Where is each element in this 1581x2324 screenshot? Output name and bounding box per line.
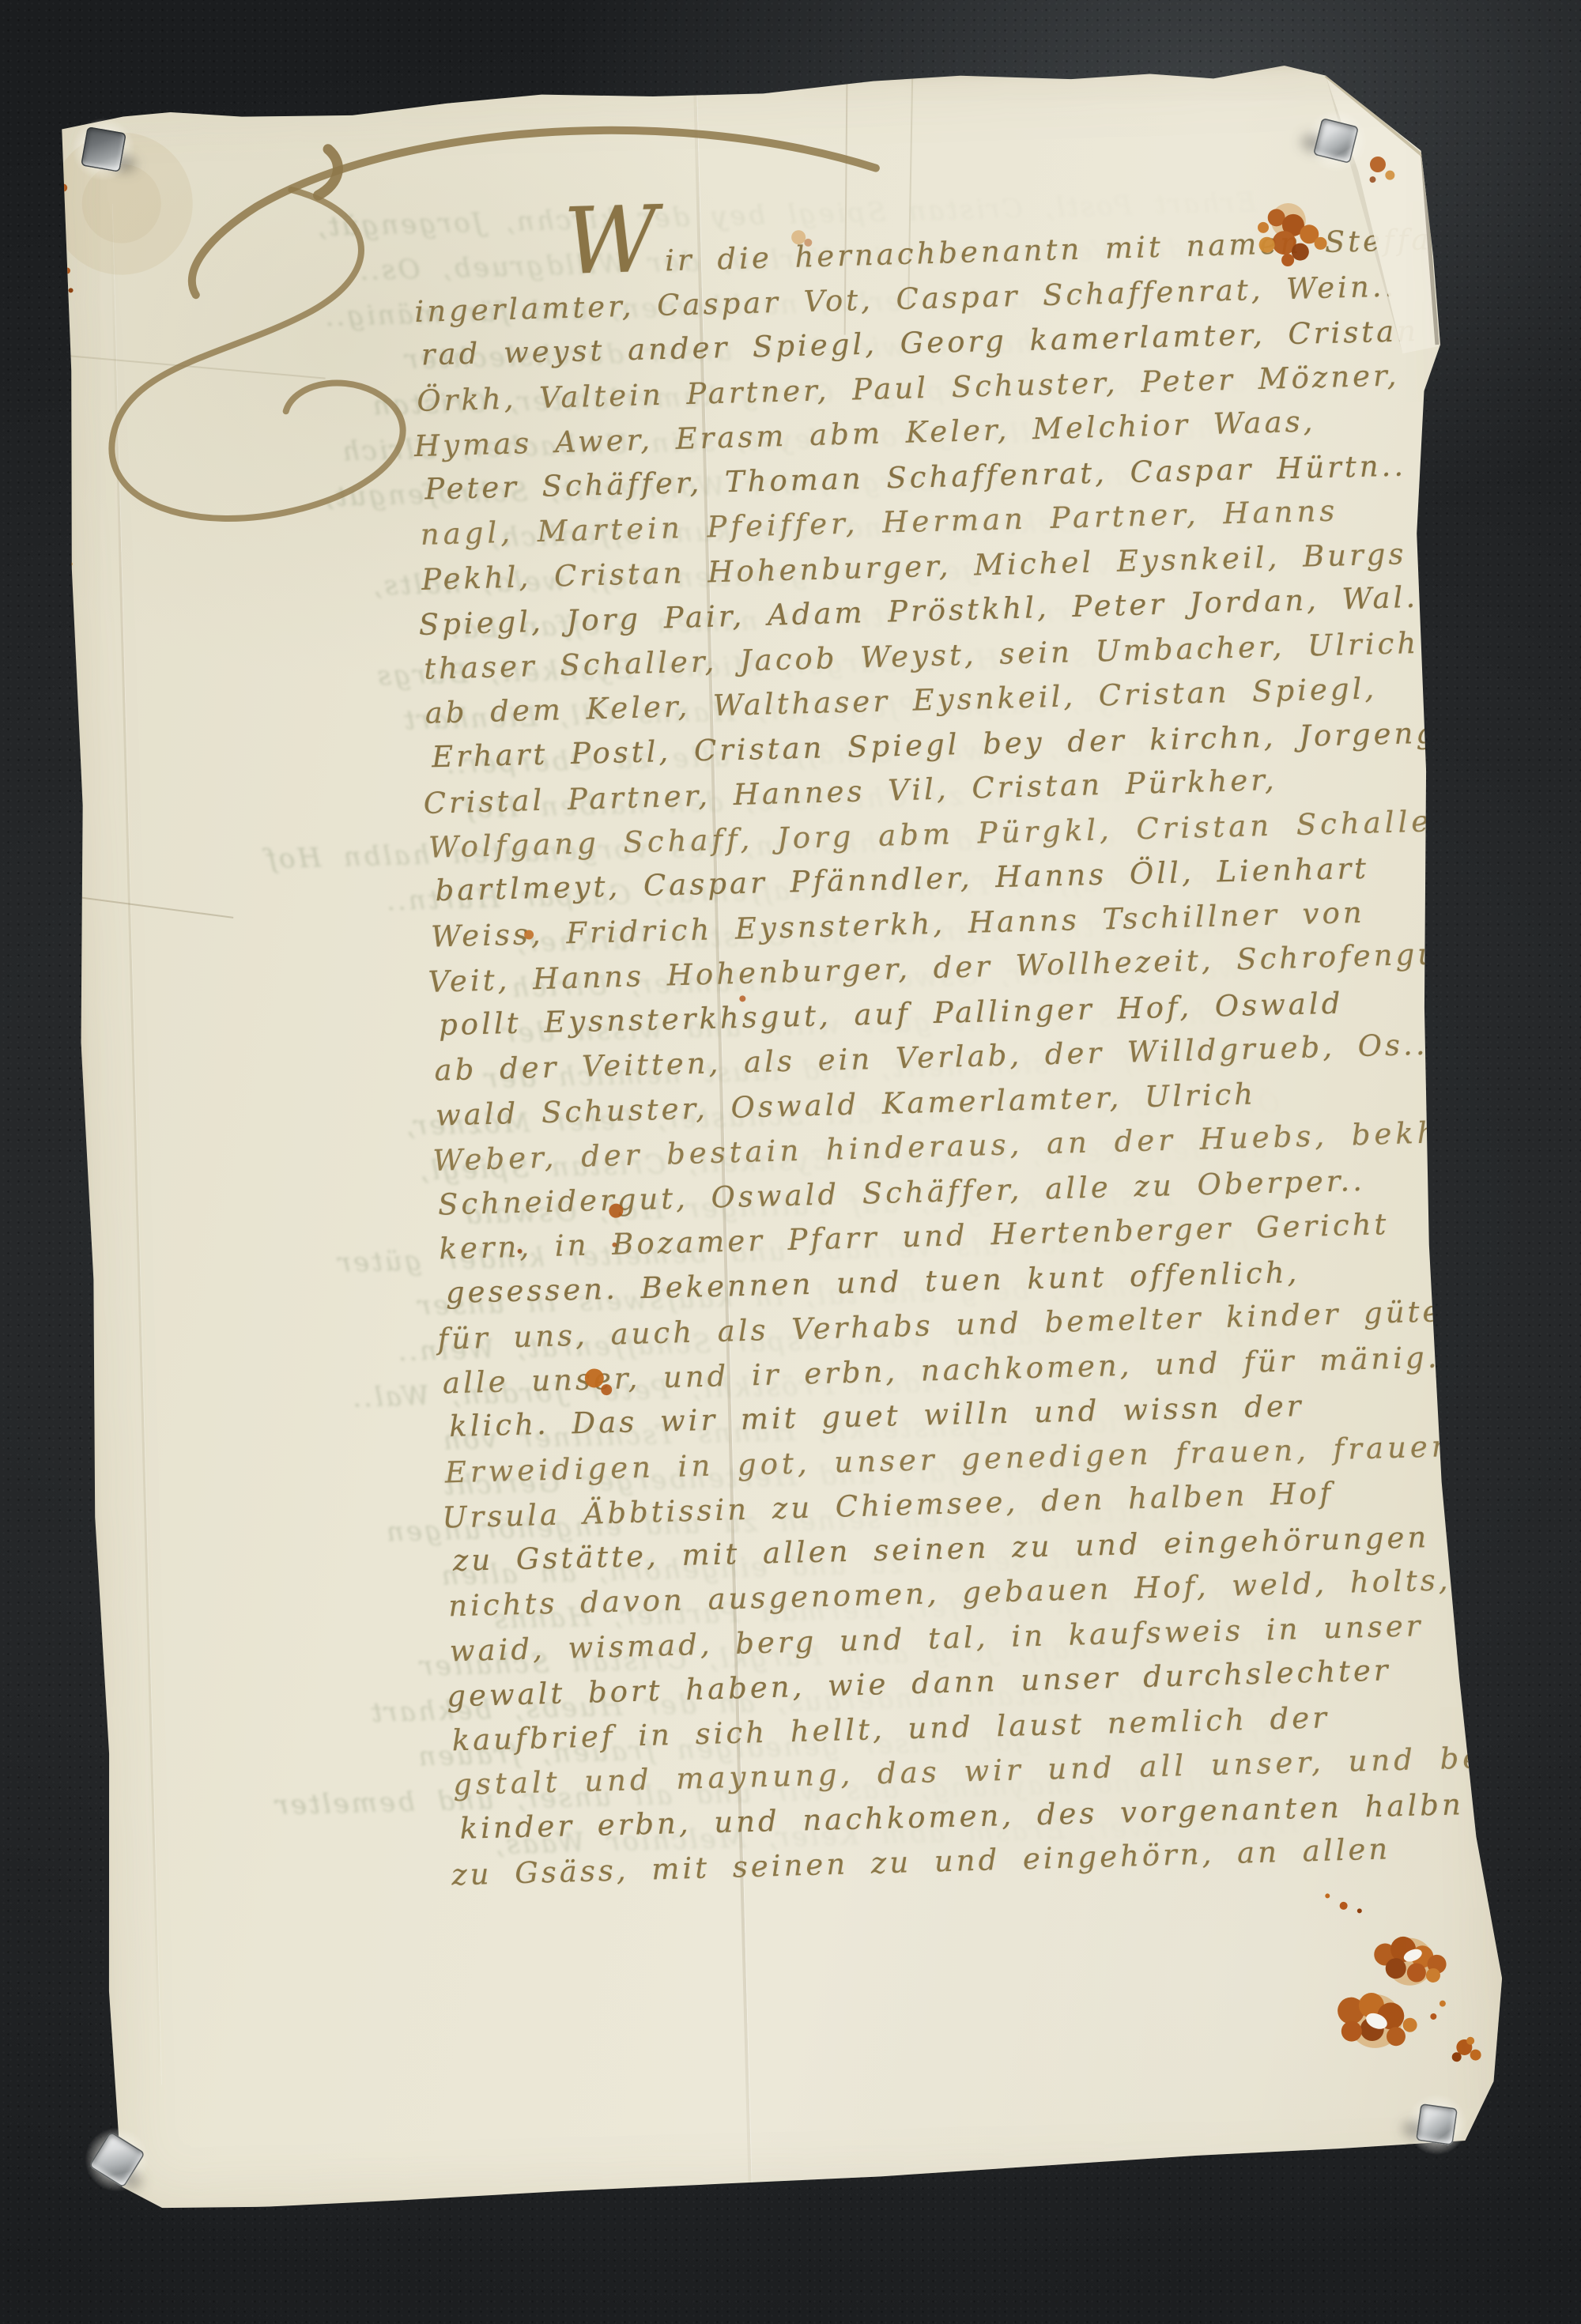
magnet-face xyxy=(1313,118,1359,164)
manuscript-page: Erhart Postl, Cristan Spiegl bey der kir… xyxy=(51,58,1522,2220)
handwritten-text-block: Wir die hernachbenantn mit namen Steffan… xyxy=(413,208,1460,1897)
felt-board-background: Erhart Postl, Cristan Spiegl bey der kir… xyxy=(0,0,1581,2324)
magnet-face xyxy=(81,126,126,172)
corner-magnet-top-left xyxy=(81,126,126,172)
corner-magnet-top-right xyxy=(1313,118,1359,164)
diagonal-crease xyxy=(66,355,326,379)
left-fold-crease xyxy=(110,204,161,2084)
corner-magnet-bottom-left xyxy=(89,2131,145,2188)
magnet-face xyxy=(1416,2103,1458,2145)
corner-magnet-bottom-right xyxy=(1416,2103,1458,2145)
diagonal-crease xyxy=(77,896,234,919)
magnet-face xyxy=(89,2131,145,2188)
